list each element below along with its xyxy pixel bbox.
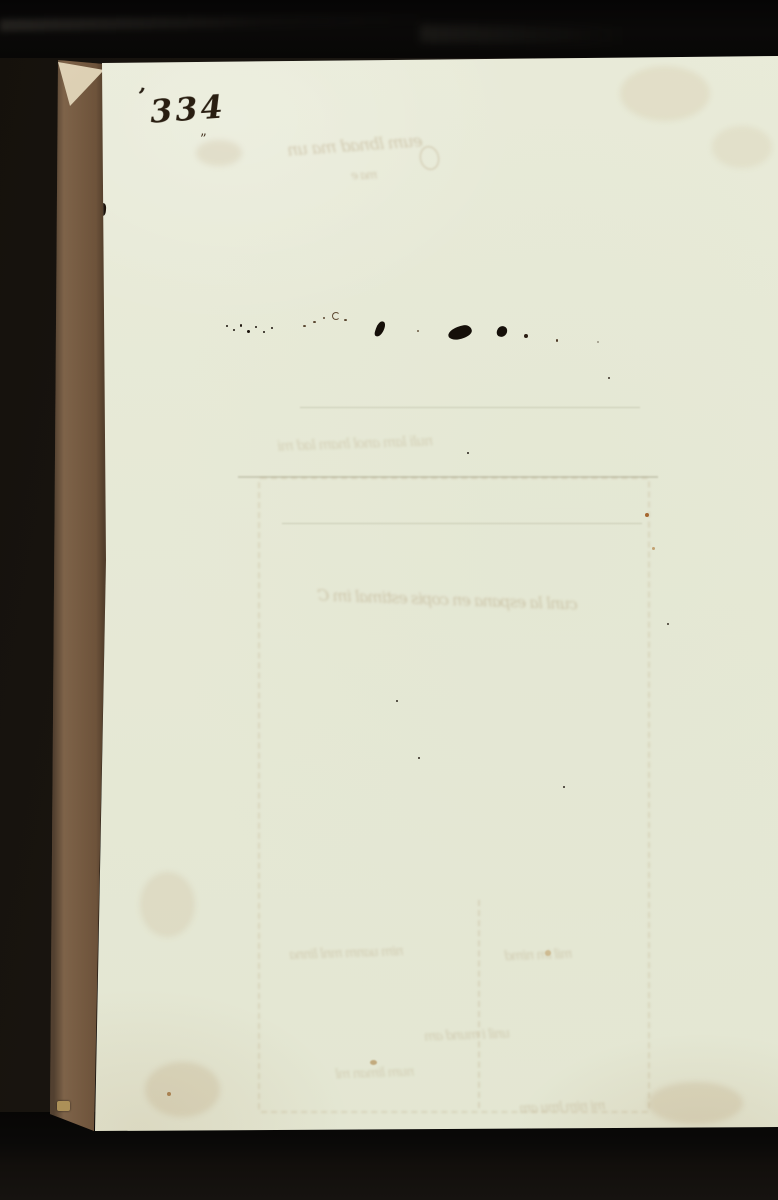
ink-speck [263, 331, 265, 333]
photograph-of-manuscript: ’ 334 ” eum lbnad ma un ma e nuli lam an… [0, 0, 778, 1200]
ink-speck-faint [313, 321, 316, 323]
ink-speck [271, 327, 273, 329]
pinprick [467, 452, 469, 454]
ink-blot [496, 325, 508, 338]
ink-speck [556, 339, 558, 342]
folio-prefix-mark: ’ [135, 84, 147, 111]
bleedthrough-script-header-small: ma e [352, 168, 378, 183]
ink-speck [255, 326, 257, 328]
ink-blot-large [447, 324, 473, 341]
ink-speck-faint [323, 317, 325, 319]
ink-speck [233, 329, 235, 331]
ink-speck [226, 325, 228, 327]
ink-speck-faint [417, 330, 419, 332]
ink-speck-faint [597, 341, 599, 343]
foxing-stain [145, 1062, 220, 1117]
bleedthrough-rule-1 [300, 407, 640, 408]
rust-dot [652, 547, 655, 550]
ink-speck [247, 330, 250, 333]
tan-fleck [545, 950, 551, 956]
pinprick [563, 786, 565, 788]
bleedthrough-table-frame [258, 477, 650, 1113]
bleedthrough-script-mid1: nuli lam anol lnam lad mi [278, 433, 434, 454]
foxing-stain [620, 66, 710, 121]
ink-blot [374, 320, 387, 338]
foxing-stain [648, 1082, 743, 1124]
ink-speck [524, 334, 528, 338]
foxing-stain [712, 126, 772, 168]
bleedthrough-column-divider [478, 900, 480, 1108]
bleedthrough-rule-3 [282, 523, 642, 524]
foxing-stain [140, 872, 195, 937]
ink-speck [240, 324, 242, 327]
folio-number: 334 [149, 87, 227, 130]
pinprick [418, 757, 420, 759]
rust-dot [645, 513, 649, 517]
ink-speck-faint [303, 325, 306, 327]
scanner-background-top [0, 0, 778, 58]
bleedthrough-rule-2 [238, 476, 658, 478]
bleedthrough-script-header: eum lbnad ma un [287, 131, 423, 160]
pinprick [396, 700, 398, 702]
foxing-stain [196, 140, 242, 166]
manuscript-page: ’ 334 ” eum lbnad ma un ma e nuli lam an… [0, 0, 778, 1200]
gilt-edge-glint [57, 1101, 70, 1111]
ink-curl-faint [332, 312, 340, 320]
pinprick [667, 623, 669, 625]
pinprick [608, 377, 610, 379]
ink-speck-faint [344, 319, 347, 321]
tan-fleck [370, 1060, 377, 1065]
